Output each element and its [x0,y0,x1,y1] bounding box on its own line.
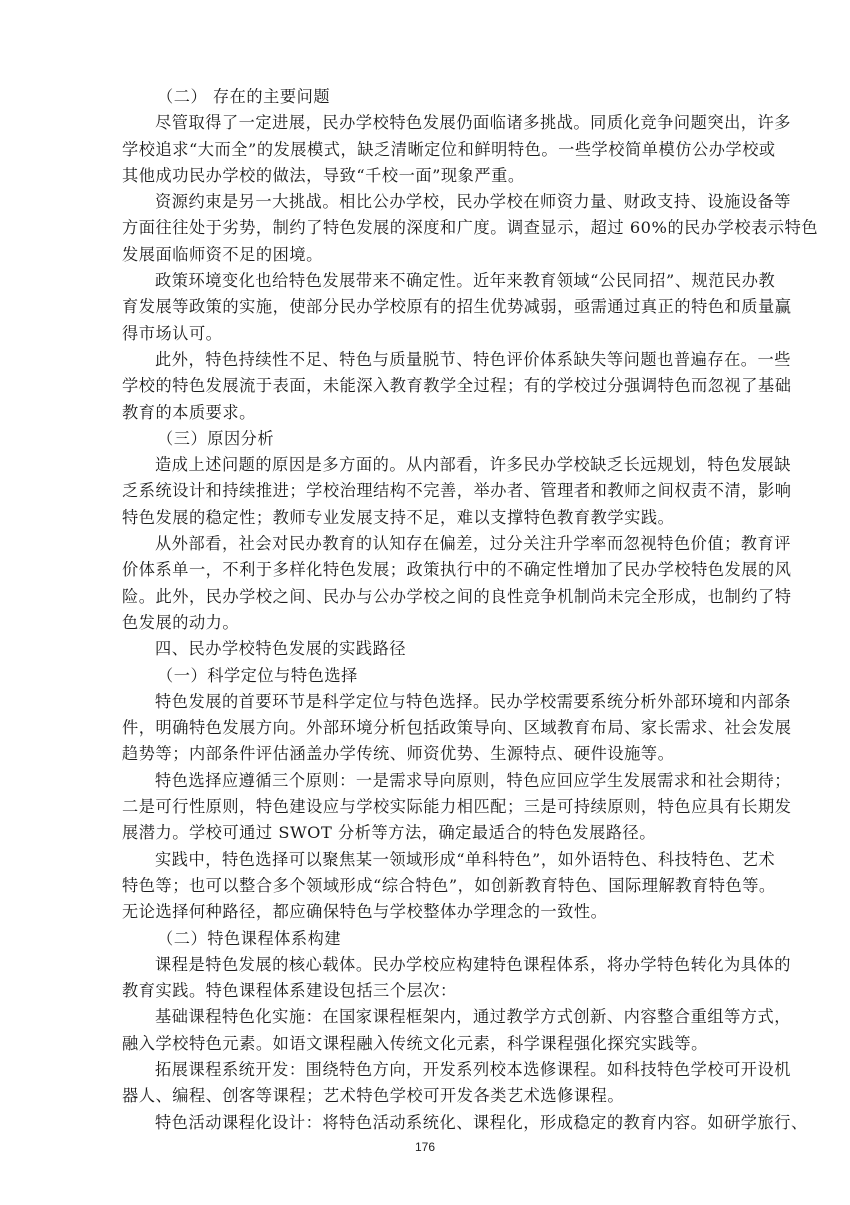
paragraph-line: 趋势等；内部条件评估涵盖办学传统、师资优势、生源特点、硬件设施等。 [122,741,730,767]
paragraph-line: 造成上述问题的原因是多方面的。从内部看，许多民办学校缺乏长远规划，特色发展缺 [122,452,730,478]
paragraph-line: 资源约束是另一大挑战。相比公办学校，民办学校在师资力量、财政支持、设施设备等 [122,189,730,215]
paragraph-line: 件，明确特色发展方向。外部环境分析包括政策导向、区域教育布局、家长需求、社会发展 [122,715,730,741]
paragraph-line: 色发展的动力。 [122,610,730,636]
section-heading: （二） 存在的主要问题 [122,84,730,110]
section-heading: （一）科学定位与特色选择 [122,663,730,689]
paragraph-line: 价体系单一，不利于多样化特色发展；政策执行中的不确定性增加了民办学校特色发展的风 [122,557,730,583]
paragraph-line: 方面往往处于劣势，制约了特色发展的深度和广度。调查显示，超过 60%的民办学校表… [122,215,730,241]
page-number: 176 [0,1140,850,1154]
section-heading: 四、民办学校特色发展的实践路径 [122,636,730,662]
paragraph-line: 尽管取得了一定进展，民办学校特色发展仍面临诸多挑战。同质化竞争问题突出，许多 [122,110,730,136]
paragraph-line: 基础课程特色化实施：在国家课程框架内，通过教学方式创新、内容整合重组等方式， [122,1004,730,1030]
paragraph-line: 展潜力。学校可通过 SWOT 分析等方法，确定最适合的特色发展路径。 [122,820,730,846]
paragraph-line: 器人、编程、创客等课程；艺术特色学校可开发各类艺术选修课程。 [122,1083,730,1109]
document-page: （二） 存在的主要问题尽管取得了一定进展，民办学校特色发展仍面临诸多挑战。同质化… [122,84,730,1136]
section-heading: （二）特色课程体系构建 [122,926,730,952]
paragraph-line: 教育实践。特色课程体系建设包括三个层次： [122,978,730,1004]
paragraph-line: 特色发展的稳定性；教师专业发展支持不足，难以支撑特色教育教学实践。 [122,505,730,531]
paragraph-line: 特色活动课程化设计：将特色活动系统化、课程化，形成稳定的教育内容。如研学旅行、 [122,1110,730,1136]
paragraph-line: 拓展课程系统开发：围绕特色方向，开发系列校本选修课程。如科技特色学校可开设机 [122,1057,730,1083]
paragraph-line: 特色发展的首要环节是科学定位与特色选择。民办学校需要系统分析外部环境和内部条 [122,689,730,715]
paragraph-line: 融入学校特色元素。如语文课程融入传统文化元素，科学课程强化探究实践等。 [122,1031,730,1057]
paragraph-line: 特色等；也可以整合多个领域形成“综合特色”，如创新教育特色、国际理解教育特色等。 [122,873,730,899]
paragraph-line: 此外，特色持续性不足、特色与质量脱节、特色评价体系缺失等问题也普遍存在。一些 [122,347,730,373]
paragraph-line: 学校的特色发展流于表面，未能深入教育教学全过程；有的学校过分强调特色而忽视了基础 [122,373,730,399]
paragraph-line: 学校追求“大而全”的发展模式，缺乏清晰定位和鲜明特色。一些学校简单模仿公办学校或 [122,137,730,163]
paragraph-line: 无论选择何种路径，都应确保特色与学校整体办学理念的一致性。 [122,899,730,925]
paragraph-line: 险。此外，民办学校之间、民办与公办学校之间的良性竞争机制尚未完全形成，也制约了特 [122,584,730,610]
paragraph-line: 其他成功民办学校的做法，导致“千校一面”现象严重。 [122,163,730,189]
paragraph-line: 特色选择应遵循三个原则：一是需求导向原则，特色应回应学生发展需求和社会期待； [122,768,730,794]
section-heading: （三）原因分析 [122,426,730,452]
paragraph-line: 教育的本质要求。 [122,400,730,426]
paragraph-line: 政策环境变化也给特色发展带来不确定性。近年来教育领域“公民同招”、规范民办教 [122,268,730,294]
paragraph-line: 实践中，特色选择可以聚焦某一领域形成“单科特色”，如外语特色、科技特色、艺术 [122,847,730,873]
paragraph-line: 得市场认可。 [122,321,730,347]
paragraph-line: 二是可行性原则，特色建设应与学校实际能力相匹配；三是可持续原则，特色应具有长期发 [122,794,730,820]
paragraph-line: 课程是特色发展的核心载体。民办学校应构建特色课程体系，将办学特色转化为具体的 [122,952,730,978]
paragraph-line: 乏系统设计和持续推进；学校治理结构不完善，举办者、管理者和教师之间权责不清，影响 [122,478,730,504]
paragraph-line: 从外部看，社会对民办教育的认知存在偏差，过分关注升学率而忽视特色价值；教育评 [122,531,730,557]
paragraph-line: 发展面临师资不足的困境。 [122,242,730,268]
paragraph-line: 育发展等政策的实施，使部分民办学校原有的招生优势减弱，亟需通过真正的特色和质量赢 [122,294,730,320]
